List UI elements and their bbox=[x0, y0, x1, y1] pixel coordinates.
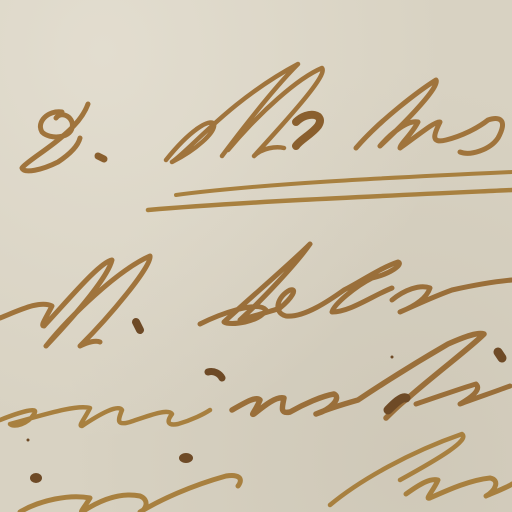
handwriting-strokes bbox=[0, 0, 512, 512]
manuscript-page: 8. Mr lus… …M. de San… …emi na…li… …ano…… bbox=[0, 0, 512, 512]
line-1-word-mr bbox=[166, 64, 323, 162]
line-1-underline bbox=[148, 172, 512, 210]
line-2-word-de-san bbox=[200, 244, 512, 324]
line-1-numeral bbox=[22, 104, 104, 171]
line-3-word-emi bbox=[0, 371, 222, 426]
line-1-word-lus bbox=[356, 80, 503, 153]
line-4-words bbox=[20, 434, 512, 512]
line-3-word-nali bbox=[232, 333, 510, 418]
line-2-word-m bbox=[0, 256, 150, 346]
